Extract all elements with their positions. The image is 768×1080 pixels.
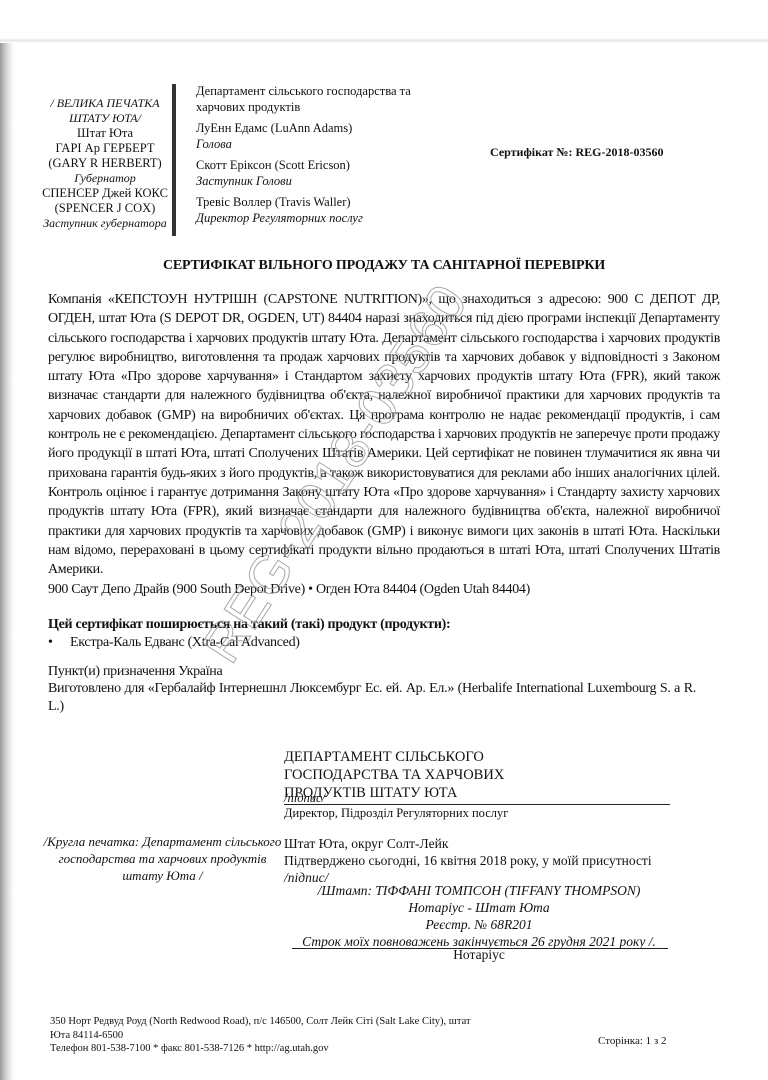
destination: Пункт(и) призначення Україна — [48, 664, 222, 680]
stamp-name: /Штамп: ТІФФАНІ ТОМПСОН (TIFFANY THOMPSO… — [284, 882, 674, 899]
lt-governor-name-ua: СПЕНСЕР Джей КОКС — [30, 186, 180, 201]
state-officials-block: / ВЕЛИКА ПЕЧАТКА ШТАТУ ЮТА/ Штат Юта ГАР… — [30, 96, 180, 231]
official-entry: Тревіс Воллер (Travis Waller) Директор Р… — [196, 195, 456, 226]
governor-name-ua: ГАРІ Ар ГЕРБЕРТ — [30, 141, 180, 156]
signature-line — [284, 804, 670, 805]
great-seal-note: / ВЕЛИКА ПЕЧАТКА ШТАТУ ЮТА/ — [30, 96, 180, 126]
bullet-icon: • — [48, 635, 70, 651]
official-title: Директор Регуляторних послуг — [196, 211, 456, 227]
notary-block: Штат Юта, округ Солт-Лейк Підтверджено с… — [284, 835, 652, 886]
official-name: Тревіс Воллер (Travis Waller) — [196, 195, 456, 211]
governor-name-en: (GARY R HERBERT) — [30, 156, 180, 171]
official-entry: Скотт Еріксон (Scott Ericson) Заступник … — [196, 158, 456, 189]
footer-phone: Телефон 801-538-7100 * факс 801-538-7126… — [50, 1042, 471, 1056]
signing-department: ДЕПАРТАМЕНТ СІЛЬСЬКОГО ГОСПОДАРСТВА ТА Х… — [284, 748, 584, 802]
footer-zip: Юта 84114-6500 — [50, 1029, 471, 1043]
official-entry: ЛуЕнн Едамс (LuAnn Adams) Голова — [196, 121, 456, 152]
company-address: 900 Саут Депо Драйв (900 South Depot Dri… — [48, 582, 530, 598]
official-name: Скотт Еріксон (Scott Ericson) — [196, 158, 456, 174]
lt-governor-title: Заступник губернатора — [30, 216, 180, 231]
products-heading: Цей сертифікат поширюється на такий (так… — [48, 617, 450, 633]
certificate-body: Компанія «КЕПСТОУН НУТРІШН (CAPSTONE NUT… — [48, 290, 720, 579]
manufactured-for: Виготовлено для «Гербалайф Інтернешнл Лю… — [48, 680, 696, 716]
state-name: Штат Юта — [30, 126, 180, 141]
official-title: Заступник Голови — [196, 174, 456, 190]
header-divider — [172, 84, 176, 236]
signer-title: Директор, Підрозділ Регуляторних послуг — [284, 806, 508, 821]
official-name: ЛуЕнн Едамс (LuAnn Adams) — [196, 121, 456, 137]
certificate-number: Сертифікат №: REG-2018-03560 — [490, 145, 663, 160]
document-title: СЕРТИФІКАТ ВІЛЬНОГО ПРОДАЖУ ТА САНІТАРНО… — [0, 258, 768, 274]
notary-confirmation: Підтверджено сьогодні, 16 квітня 2018 ро… — [284, 852, 652, 869]
scan-shadow-top — [0, 38, 768, 43]
notary-title: Нотаріус — [284, 947, 674, 963]
notary-stamp: /Штамп: ТІФФАНІ ТОМПСОН (TIFFANY THOMPSO… — [284, 882, 674, 950]
round-seal-note: /Кругла печатка: Департамент сільського … — [40, 833, 285, 884]
footer-contact: 350 Норт Редвуд Роуд (North Redwood Road… — [50, 1015, 471, 1056]
product-list-item: •Екстра-Каль Едванс (Xtra-Cal Advanced) — [48, 635, 300, 651]
lt-governor-name-en: (SPENCER J COX) — [30, 201, 180, 216]
official-title: Голова — [196, 137, 456, 153]
product-name: Екстра-Каль Едванс (Xtra-Cal Advanced) — [70, 635, 300, 650]
stamp-registry: Реєстр. № 68R201 — [284, 916, 674, 933]
department-name: Департамент сільського господарства та х… — [196, 84, 456, 115]
governor-title: Губернатор — [30, 171, 180, 186]
stamp-role: Нотаріус - Штат Юта — [284, 899, 674, 916]
notary-location: Штат Юта, округ Солт-Лейк — [284, 835, 652, 852]
scan-shadow-left — [0, 40, 14, 1080]
footer-address: 350 Норт Редвуд Роуд (North Redwood Road… — [50, 1015, 471, 1029]
department-officials-block: Департамент сільського господарства та х… — [196, 84, 456, 232]
page-number: Сторінка: 1 з 2 — [598, 1035, 667, 1047]
